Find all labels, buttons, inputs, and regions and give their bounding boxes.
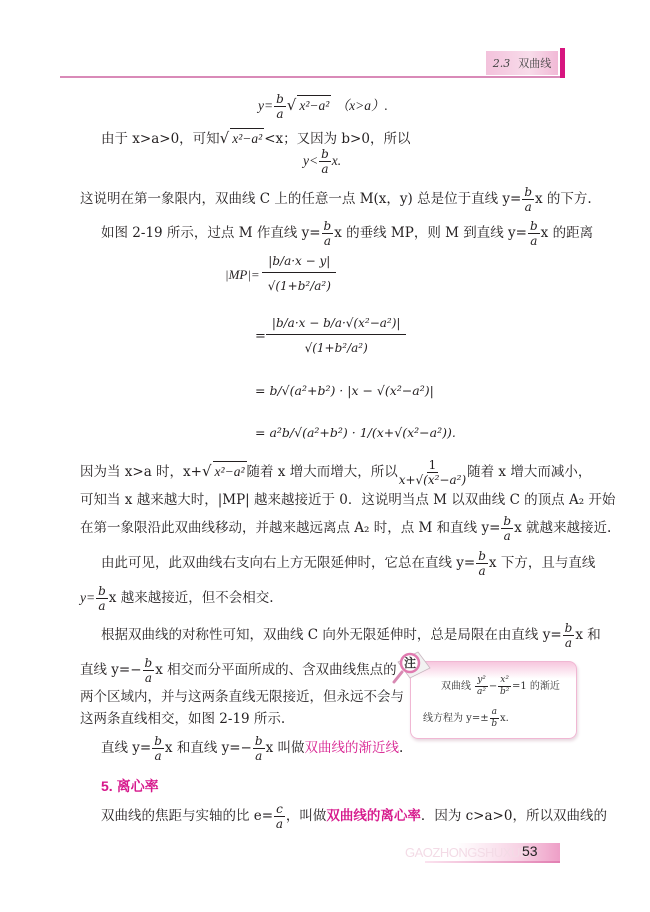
text: 直线 y=− (80, 662, 142, 678)
text: ，叫做 (286, 808, 327, 824)
text: x 的下方. (535, 191, 592, 207)
text: x 和 (575, 627, 600, 643)
fraction: |b/a·x − b/a·√(x²−a²)| √(1+b²/a²) (266, 312, 407, 361)
text: 因为当 x>a 时，x+ (80, 464, 202, 480)
mp-label: |MP|= (225, 267, 260, 283)
key-term-asymptote: 双曲线的渐近线 (304, 740, 399, 756)
text-line: 根据双曲线的对称性可知，双曲线 C 向外无限延伸时，总是局限在由直线 y=bax… (101, 622, 601, 649)
eq-lhs: y< (303, 153, 318, 168)
page-number: 53 (522, 843, 538, 859)
text-line: 如图 2-19 所示，过点 M 作直线 y=bax 的垂线 MP，则 M 到直线… (101, 220, 593, 247)
frac-den: a (276, 817, 283, 830)
text: x 和直线 y=− (165, 740, 252, 756)
frac-den: a (321, 162, 328, 175)
fraction: ba (253, 735, 265, 762)
fraction: ba (522, 186, 534, 213)
radical-sign: √ (287, 96, 297, 114)
fraction: ba (143, 657, 155, 684)
frac-den: a (155, 749, 162, 762)
text: 双曲线 (441, 681, 471, 692)
frac-den: a (324, 234, 331, 247)
text-line: 由此可见，此双曲线右支向右上方无限延伸时，它总在直线 y=bax 下方，且与直线 (101, 550, 595, 577)
text: 这说明在第一象限内，双曲线 C 上的任意一点 M(x，y) 总是位于直线 y= (80, 191, 521, 207)
inequality: y<bax. (303, 148, 341, 175)
text: x 就越来越接近. (514, 520, 611, 536)
text-line: 双曲线的焦距与实轴的比 e=ca，叫做双曲线的离心率．因为 c>a>0，所以双曲… (101, 803, 607, 830)
header-accent-bar (560, 48, 565, 78)
frac-num: a (490, 708, 499, 719)
section-title: 双曲线 (518, 55, 551, 71)
frac-den: a (530, 234, 537, 247)
text-line: 在第一象限沿此双曲线移动，并越来越远离点 A₂ 时，点 M 和直线 y=bax … (80, 515, 611, 542)
key-term-eccentricity: 双曲线的离心率 (326, 808, 421, 823)
note-box: 双曲线 y²a²−x²b²=1 的渐近 线方程为 y=±abx. (410, 661, 577, 739)
frac-den: a (98, 599, 105, 612)
frac-den: b² (500, 687, 509, 697)
fraction: ba (96, 585, 108, 612)
note-magnifier-icon: 注 (392, 648, 432, 682)
radical-sign: √ (202, 462, 212, 480)
text: x 的距离 (541, 225, 593, 241)
note-label: 注 (404, 654, 416, 671)
text-line: 由于 x>a>0，可知√x²−a²<x；又因为 b>0，所以 (101, 128, 410, 149)
fraction: ba (528, 220, 540, 247)
frac-den: b (491, 719, 497, 729)
text-line: 这说明在第一象限内，双曲线 C 上的任意一点 M(x，y) 总是位于直线 y=b… (80, 186, 592, 213)
frac-den: a (565, 636, 572, 649)
frac-num: b (96, 585, 108, 599)
text: 如图 2-19 所示，过点 M 作直线 y= (101, 225, 321, 241)
header-rule (60, 76, 565, 78)
frac-den: a (255, 749, 262, 762)
derivation-step-3: = b/√(a²+b²) · |x − √(x²−a²)| (255, 383, 434, 398)
text: . (399, 740, 403, 756)
text: y= (80, 590, 95, 605)
frac-den: a (145, 671, 152, 684)
section-heading: 5. 离心率 (101, 776, 159, 796)
text-line: 两个区域内，并与这两条直线无限接近，但永远不会与 (80, 687, 404, 707)
fraction: ba (501, 515, 513, 542)
fraction: ba (319, 148, 331, 175)
fraction: ba (563, 622, 575, 649)
running-header: 2.3 双曲线 (486, 51, 558, 75)
radicand: x²−a² (297, 95, 331, 116)
text-line: 这两条直线相交，如图 2-19 所示. (80, 709, 285, 729)
fraction: 1x+√(x²−a²) (399, 459, 466, 486)
frac-num: b (253, 735, 265, 749)
radicand: x²−a² (213, 461, 247, 482)
text-line: 直线 y=−bax 相交而分平面所成的、含双曲线焦点的 (80, 657, 397, 684)
eq-rhs: x. (332, 153, 341, 168)
text: 在第一象限沿此双曲线移动，并越来越远离点 A₂ 时，点 M 和直线 y= (80, 520, 500, 536)
derivation-step-2: = |b/a·x − b/a·√(x²−a²)| √(1+b²/a²) (255, 312, 406, 361)
text: 随着 x 增大而增大，所以 (247, 464, 398, 480)
frac-num: |b/a·x − b/a·√(x²−a²)| (266, 312, 407, 335)
footer-rule (425, 861, 560, 863)
frac-num: b (522, 186, 534, 200)
text: <x；又因为 b>0，所以 (264, 131, 410, 147)
frac-den: a (504, 529, 511, 542)
text: x 相交而分平面所成的、含双曲线焦点的 (155, 662, 396, 678)
fraction: ba (476, 550, 488, 577)
fraction: |b/a·x − y| √(1+b²/a²) (262, 250, 337, 299)
frac-num: b (143, 657, 155, 671)
frac-num: c (274, 803, 285, 817)
frac-num: b (501, 515, 513, 529)
radical-sign: √ (220, 129, 230, 147)
frac-den: a (479, 564, 486, 577)
fraction: ba (274, 93, 286, 120)
text: 线方程为 y=± (423, 713, 489, 724)
frac-num: x² (498, 676, 511, 687)
frac-num: y² (475, 676, 488, 687)
text: ．因为 c>a>0，所以双曲线的 (421, 808, 607, 824)
fraction: ab (490, 708, 499, 729)
text: − (489, 681, 497, 692)
text: x 越来越接近，但不会相交. (109, 590, 274, 606)
note-line-2: 线方程为 y=±abx. (423, 708, 509, 729)
text: x 叫做 (266, 740, 305, 756)
fraction: ca (274, 803, 285, 830)
text: 由于 x>a>0，可知 (101, 131, 220, 147)
eq-condition: （x>a）. (336, 98, 388, 113)
derivation-step-4: = a²b/√(a²+b²) · 1/(x+√(x²−a²)). (255, 425, 456, 440)
frac-den: x+√(x²−a²) (399, 473, 466, 486)
text-line: 可知当 x 越来越大时，|MP| 越来越接近于 0．这说明当点 M 以双曲线 C… (80, 490, 615, 510)
frac-num: b (528, 220, 540, 234)
note-line-1: 双曲线 y²a²−x²b²=1 的渐近 (441, 676, 560, 697)
text: 直线 y= (101, 740, 151, 756)
text-line: 因为当 x>a 时，x+√x²−a²随着 x 增大而增大，所以1x+√(x²−a… (80, 459, 591, 486)
equals-sign: = (255, 329, 266, 344)
frac-num: 1 (427, 459, 439, 473)
fraction: ba (322, 220, 334, 247)
equation-hyperbola-branch: y=ba√x²−a² （x>a）. (258, 93, 388, 120)
text: x 的垂线 MP，则 M 到直线 y= (334, 225, 527, 241)
frac-den: √(1+b²/a²) (299, 335, 374, 361)
frac-num: b (563, 622, 575, 636)
derivation-step-1: |MP|= |b/a·x − y| √(1+b²/a²) (225, 250, 337, 299)
frac-den: a² (477, 687, 486, 697)
text-line: 直线 y=bax 和直线 y=−bax 叫做双曲线的渐近线. (101, 735, 403, 762)
text: 根据双曲线的对称性可知，双曲线 C 向外无限延伸时，总是局限在由直线 y= (101, 627, 562, 643)
frac-den: a (525, 200, 532, 213)
text-line: y=bax 越来越接近，但不会相交. (80, 585, 274, 612)
fraction: y²a² (475, 676, 488, 697)
frac-num: b (476, 550, 488, 564)
text: =1 的渐近 (512, 681, 560, 692)
footer-series-text: GAOZHONGSHUXUE (405, 845, 528, 860)
eq-lhs: y= (258, 98, 273, 113)
text: 由此可见，此双曲线右支向右上方无限延伸时，它总在直线 y= (101, 555, 475, 571)
fraction: x²b² (498, 676, 511, 697)
text: 双曲线的焦距与实轴的比 e= (101, 808, 273, 824)
text: x 下方，且与直线 (489, 555, 595, 571)
frac-num: |b/a·x − y| (262, 250, 336, 273)
text: 随着 x 增大而减小， (467, 464, 591, 480)
frac-num: b (322, 220, 334, 234)
frac-den: a (276, 107, 283, 120)
frac-den: √(1+b²/a²) (262, 273, 337, 299)
frac-num: b (152, 735, 164, 749)
frac-num: b (274, 93, 286, 107)
radicand: x²−a² (230, 128, 264, 149)
text: x. (500, 713, 509, 724)
frac-num: b (319, 148, 331, 162)
fraction: ba (152, 735, 164, 762)
section-number: 2.3 (493, 57, 511, 70)
